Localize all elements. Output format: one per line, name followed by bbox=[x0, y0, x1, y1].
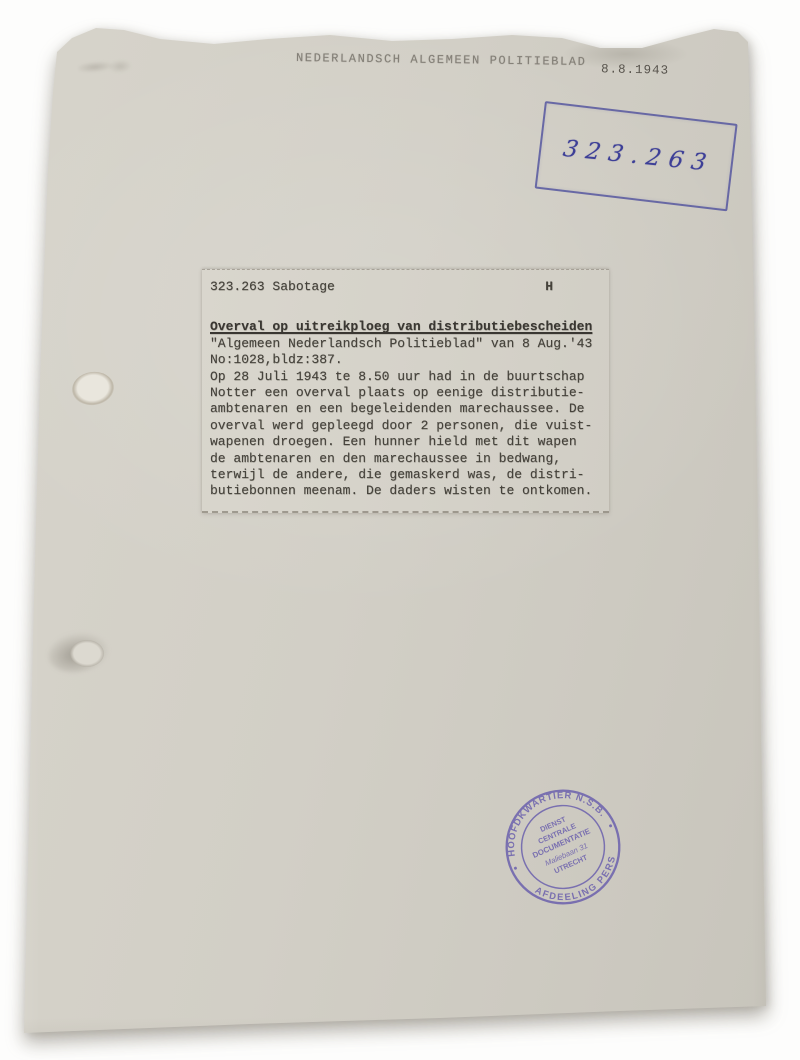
paper-sheet: NEDERLANDSCH ALGEMEEN POLITIEBLAD 8.8.19… bbox=[0, 0, 800, 1060]
card-body-line: Op 28 Juli 1943 te 8.50 uur had in de bu… bbox=[210, 369, 601, 385]
card-source-line: No:1028,bldz:387. bbox=[210, 352, 601, 368]
archive-number-stamp-box: 323.263 bbox=[535, 101, 738, 211]
pencil-smudge bbox=[77, 56, 134, 77]
stamp-separator-dot bbox=[513, 866, 517, 870]
masthead-title: NEDERLANDSCH ALGEMEEN POLITIEBLAD bbox=[296, 51, 587, 69]
archive-number-value: 323.263 bbox=[556, 135, 717, 177]
card-body-line: overval werd gepleegd door 2 personen, d… bbox=[210, 418, 601, 434]
card-body-line: butiebonnen meenam. De daders wisten te … bbox=[210, 483, 601, 499]
card-title: Overval op uitreikploeg van distributieb… bbox=[210, 319, 601, 335]
card-body-line: Notter een overval plaats op eenige dist… bbox=[210, 385, 601, 401]
card-source-line: "Algemeen Nederlandsch Politieblad" van … bbox=[210, 336, 601, 352]
card-number-category: 323.263 Sabotage bbox=[210, 279, 335, 295]
card-corner-mark: H bbox=[545, 279, 553, 295]
card-body-line: terwijl de andere, die gemaskerd was, de… bbox=[210, 467, 601, 483]
masthead-date: 8.8.1943 bbox=[601, 62, 669, 77]
card-spacer bbox=[210, 295, 601, 319]
punch-hole bbox=[70, 640, 104, 667]
card-body-line: ambtenaren en een begeleidenden marechau… bbox=[210, 401, 601, 417]
round-ink-stamp: HOOFDKWARTIER N.S.B. AFDEELING PERS DIEN… bbox=[478, 762, 648, 932]
stamp-separator-dot bbox=[609, 824, 613, 828]
punch-hole bbox=[70, 369, 116, 408]
card-body-line: de ambtenaren en den marechaussee in bed… bbox=[210, 451, 601, 467]
page-shadow: NEDERLANDSCH ALGEMEEN POLITIEBLAD 8.8.19… bbox=[0, 0, 800, 1060]
card-body-line: wapenen droegen. Een hunner hield met di… bbox=[210, 434, 601, 450]
typed-index-card: 323.263 Sabotage H Overval op uitreikplo… bbox=[202, 269, 609, 513]
document-photo: NEDERLANDSCH ALGEMEEN POLITIEBLAD 8.8.19… bbox=[0, 0, 800, 1060]
card-header-row: 323.263 Sabotage H bbox=[210, 279, 601, 295]
